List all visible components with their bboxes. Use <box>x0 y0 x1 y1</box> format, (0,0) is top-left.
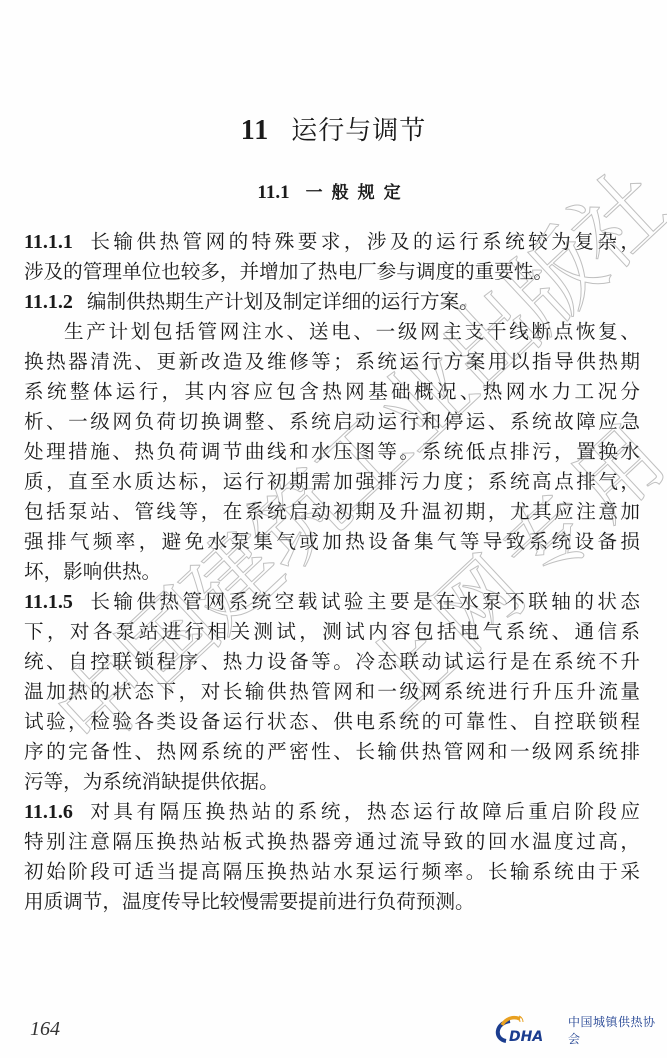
clause-line: 11.1.5长输供热管网系统空载试验主要是在水泵不联轴的状态 <box>24 587 640 617</box>
text-line: 下，对各泵站进行相关测试，测试内容包括电气系统、通信系 <box>24 617 640 647</box>
text-line: 包括泵站、管线等，在系统启动初期及升温初期，尤其应注意加 <box>24 497 640 527</box>
text-line: 涉及的管理单位也较多，并增加了热电厂参与调度的重要性。 <box>24 257 640 287</box>
line-text: 坏，影响供热。 <box>24 560 161 583</box>
line-text: 强排气频率，避免水泵集气或加热设备集气等导致系统设备损 <box>24 530 640 553</box>
line-text: 特别注意隔压换热站板式换热器旁通过流导致的回水温度过高， <box>24 830 640 853</box>
line-text: 初始阶段可适当提高隔压换热站水泵运行频率。长输系统由于采 <box>24 860 640 883</box>
line-text: 污等，为系统消缺提供依据。 <box>24 770 279 793</box>
text-line: 质，直至水质达标，运行初期需加强排污力度；系统高点排气， <box>24 467 640 497</box>
line-text: 涉及的管理单位也较多，并增加了热电厂参与调度的重要性。 <box>24 260 553 283</box>
document-page: 11运行与调节 11.1一般规定 11.1.1长输供热管网的特殊要求，涉及的运行… <box>0 0 667 1058</box>
text-line: 初始阶段可适当提高隔压换热站水泵运行频率。长输系统由于采 <box>24 857 640 887</box>
line-text: 换热器清洗、更新改造及维修等；系统运行方案用以指导供热期 <box>24 350 640 373</box>
line-text: 下，对各泵站进行相关测试，测试内容包括电气系统、通信系 <box>24 620 640 643</box>
clause-line: 11.1.2编制供热期生产计划及制定详细的运行方案。 <box>24 287 640 317</box>
line-text: 对具有隔压换热站的系统，热态运行故障后重启阶段应 <box>87 800 640 823</box>
line-text: 统、自控联锁程序、热力设备等。冷态联动试运行是在系统不升 <box>24 650 640 673</box>
section-title-text: 一般规定 <box>306 183 410 203</box>
svg-text:DHA: DHA <box>509 1029 543 1045</box>
text-line: 生产计划包括管网注水、送电、一级网主支干线断点恢复、 <box>24 317 640 347</box>
line-text: 处理措施、热负荷调节曲线和水压图等。系统低点排污，置换水 <box>24 440 640 463</box>
chapter-title-text: 运行与调节 <box>291 116 426 146</box>
line-text: 系统整体运行，其内容应包含热网基础概况、热网水力工况分 <box>24 380 640 403</box>
chapter-number: 11 <box>241 115 269 146</box>
line-text: 析、一级网负荷切换调整、系统启动运行和停运、系统故障应急 <box>24 410 640 433</box>
text-line: 用质调节，温度传导比较慢需要提前进行负荷预测。 <box>24 887 640 917</box>
line-text: 生产计划包括管网注水、送电、一级网主支干线断点恢复、 <box>64 320 640 343</box>
line-text: 长输供热管网的特殊要求，涉及的运行系统较为复杂， <box>87 230 640 253</box>
clause-line: 11.1.1长输供热管网的特殊要求，涉及的运行系统较为复杂， <box>24 227 640 257</box>
text-line: 序的完备性、热网系统的严密性、长输供热管网和一级网系统排 <box>24 737 640 767</box>
line-text: 质，直至水质达标，运行初期需加强排污力度；系统高点排气， <box>24 470 640 493</box>
text-line: 处理措施、热负荷调节曲线和水压图等。系统低点排污，置换水 <box>24 437 640 467</box>
line-text: 温加热的状态下，对长输供热管网和一级网系统进行升压升流量 <box>24 680 640 703</box>
section-number: 11.1 <box>257 182 289 203</box>
text-line: 试验，检验各类设备运行状态、供电系统的可靠性、自控联锁程 <box>24 707 640 737</box>
text-line: 特别注意隔压换热站板式换热器旁通过流导致的回水温度过高， <box>24 827 640 857</box>
text-line: 系统整体运行，其内容应包含热网基础概况、热网水力工况分 <box>24 377 640 407</box>
line-text: 长输供热管网系统空载试验主要是在水泵不联轴的状态 <box>87 590 640 613</box>
line-text: 序的完备性、热网系统的严密性、长输供热管网和一级网系统排 <box>24 740 640 763</box>
line-text: 用质调节，温度传导比较慢需要提前进行负荷预测。 <box>24 890 475 913</box>
chapter-title: 11运行与调节 <box>0 110 667 147</box>
line-text: 编制供热期生产计划及制定详细的运行方案。 <box>87 290 479 313</box>
clause-number: 11.1.1 <box>24 231 73 253</box>
clause-number: 11.1.2 <box>24 291 73 313</box>
text-line: 强排气频率，避免水泵集气或加热设备集气等导致系统设备损 <box>24 527 640 557</box>
clause-line: 11.1.6对具有隔压换热站的系统，热态运行故障后重启阶段应 <box>24 797 640 827</box>
text-line: 坏，影响供热。 <box>24 557 640 587</box>
text-line: 换热器清洗、更新改造及维修等；系统运行方案用以指导供热期 <box>24 347 640 377</box>
association-name: 中国城镇供热协会 <box>568 1013 667 1047</box>
clause-number: 11.1.6 <box>24 801 73 823</box>
section-title: 11.1一般规定 <box>0 178 667 204</box>
text-line: 温加热的状态下，对长输供热管网和一级网系统进行升压升流量 <box>24 677 640 707</box>
line-text: 包括泵站、管线等，在系统启动初期及升温初期，尤其应注意加 <box>24 500 640 523</box>
clause-number: 11.1.5 <box>24 591 73 613</box>
line-text: 试验，检验各类设备运行状态、供电系统的可靠性、自控联锁程 <box>24 710 640 733</box>
text-line: 污等，为系统消缺提供依据。 <box>24 767 640 797</box>
cdha-logo-icon: DHA <box>492 1015 562 1045</box>
text-line: 统、自控联锁程序、热力设备等。冷态联动试运行是在系统不升 <box>24 647 640 677</box>
text-line: 析、一级网负荷切换调整、系统启动运行和停运、系统故障应急 <box>24 407 640 437</box>
body-text: 11.1.1长输供热管网的特殊要求，涉及的运行系统较为复杂，涉及的管理单位也较多… <box>24 227 640 917</box>
page-number: 164 <box>30 1018 60 1041</box>
publisher-logo: DHA 中国城镇供热协会 <box>492 1012 667 1048</box>
